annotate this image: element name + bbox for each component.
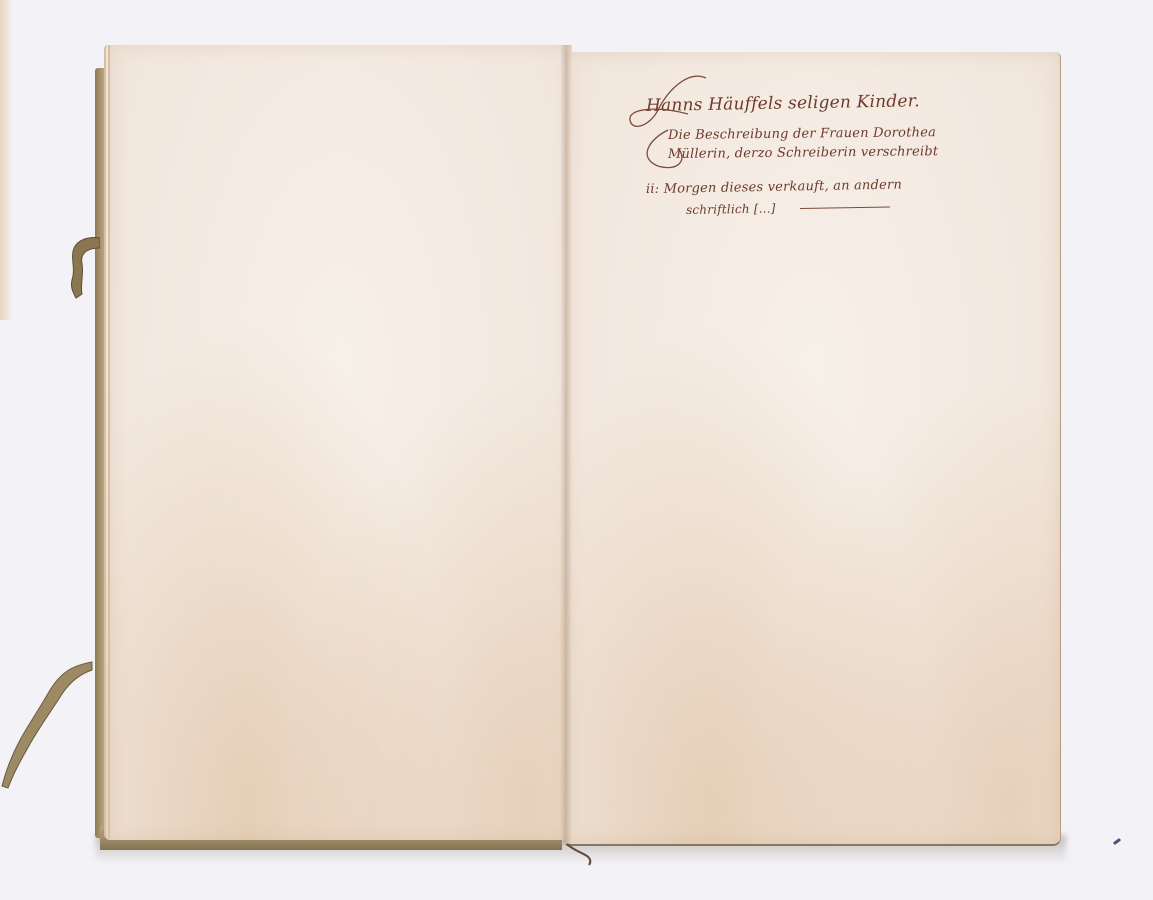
manuscript-subheading-line-2: Müllerin, derzo Schreiberin verschreibt [668, 144, 958, 162]
photo-scene: Hanns Häuffels seligen Kinder. Die Besch… [0, 0, 1153, 900]
book-gutter [560, 45, 572, 845]
bookmark-ribbon-bottom-icon [0, 660, 100, 790]
bookmark-ribbon-top-icon [66, 234, 100, 300]
thread-stub-icon [565, 842, 595, 866]
table-edge [0, 0, 12, 320]
manuscript-item-line-2: schriftlich [...] [686, 198, 958, 217]
item-continuation: schriftlich [...] [686, 201, 776, 217]
show-through-text [340, 195, 580, 315]
manuscript-heading: Hanns Häuffels seligen Kinder. [646, 91, 958, 116]
item-text: Morgen dieses verkauft, an andern [664, 178, 903, 197]
item-number: ii: [646, 182, 660, 197]
manuscript-text-block: Hanns Häuffels seligen Kinder. Die Besch… [628, 66, 958, 217]
manuscript-item-line-1: ii: Morgen dieses verkauft, an andern [646, 177, 958, 197]
stray-mark [1113, 838, 1121, 845]
calligraphic-flourish-icon [628, 70, 738, 180]
dash-rule [800, 206, 890, 209]
manuscript-subheading-line-1: Die Beschreibung der Frauen Dorothea [668, 125, 958, 143]
left-page [104, 45, 572, 840]
